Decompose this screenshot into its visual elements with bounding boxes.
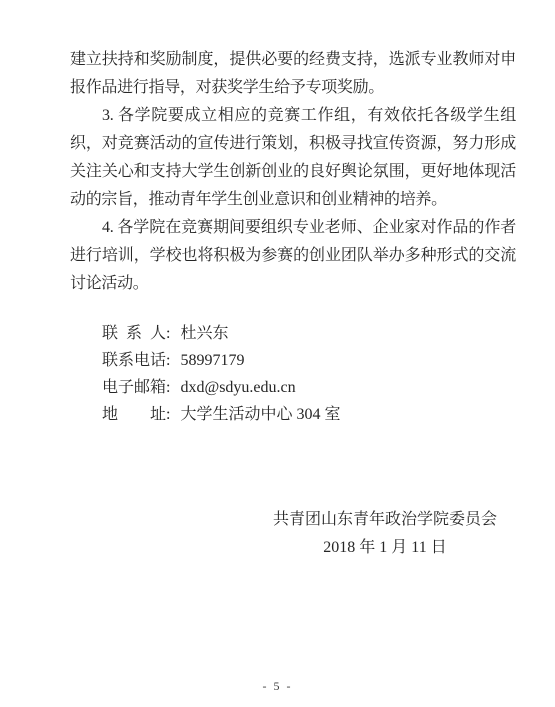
contact-value-phone: 58997179 bbox=[180, 352, 244, 369]
contact-colon: : bbox=[166, 347, 170, 374]
contact-colon: : bbox=[166, 320, 170, 347]
paragraph-item-3: 3. 各学院要成立相应的竞赛工作组，有效依托各级学生组织，对竞赛活动的宣传进行策… bbox=[70, 102, 516, 214]
contact-value-person: 杜兴东 bbox=[180, 325, 228, 342]
signature-block: 共青团山东青年政治学院委员会 2018 年 1 月 11 日 bbox=[273, 506, 497, 562]
contact-colon: : bbox=[166, 401, 170, 428]
document-page: 建立扶持和奖励制度，提供必要的经费支持，选派专业教师对申报作品进行指导，对获奖学… bbox=[0, 0, 555, 707]
contact-value-address: 大学生活动中心 304 室 bbox=[180, 406, 340, 423]
contact-colon: : bbox=[166, 374, 170, 401]
contact-label-address: 地址 bbox=[102, 401, 166, 428]
document-body: 建立扶持和奖励制度，提供必要的经费支持，选派专业教师对申报作品进行指导，对获奖学… bbox=[70, 46, 516, 298]
contact-value-email: dxd@sdyu.edu.cn bbox=[180, 379, 295, 396]
page-number: - 5 - bbox=[0, 679, 555, 694]
contact-row-phone: 联系电话:58997179 bbox=[102, 347, 340, 374]
contact-label-person: 联系人 bbox=[102, 320, 166, 347]
paragraph-continuation: 建立扶持和奖励制度，提供必要的经费支持，选派专业教师对申报作品进行指导，对获奖学… bbox=[70, 46, 516, 102]
contact-row-person: 联系人:杜兴东 bbox=[102, 320, 340, 347]
contact-row-address: 地址:大学生活动中心 304 室 bbox=[102, 401, 340, 428]
contact-block: 联系人:杜兴东 联系电话:58997179 电子邮箱:dxd@sdyu.edu.… bbox=[102, 320, 340, 428]
contact-row-email: 电子邮箱:dxd@sdyu.edu.cn bbox=[102, 374, 340, 401]
paragraph-item-4: 4. 各学院在竞赛期间要组织专业老师、企业家对作品的作者进行培训，学校也将积极为… bbox=[70, 214, 516, 298]
contact-label-phone: 联系电话 bbox=[102, 347, 166, 374]
contact-label-email: 电子邮箱 bbox=[102, 374, 166, 401]
signature-organization: 共青团山东青年政治学院委员会 bbox=[273, 506, 497, 534]
signature-date: 2018 年 1 月 11 日 bbox=[273, 534, 497, 562]
